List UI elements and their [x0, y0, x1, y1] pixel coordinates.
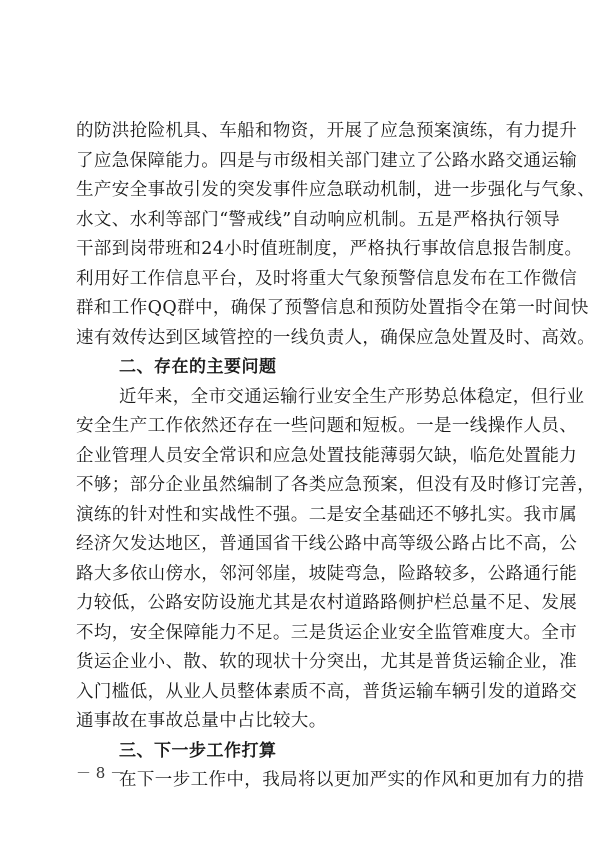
page-number: － 8 －: [76, 762, 125, 783]
text-line: 企业管理人员安全常识和应急处置技能薄弱欠缺，临危处置能力: [76, 442, 528, 472]
paragraph-first-line: 近年来，全市交通运输行业安全生产形势总体稳定，但行业: [76, 383, 528, 413]
text-line: 路大多依山傍水，邻河邻崖，坡陡弯急，险路较多，公路通行能: [76, 560, 528, 590]
text-line: 演练的针对性和实战性不强。二是安全基础还不够扎实。我市属: [76, 501, 528, 531]
document-page: 的防洪抢险机具、车船和物资，开展了应急预案演练，有力提升 了应急保障能力。四是与…: [76, 117, 528, 796]
section-heading-next-steps: 三、下一步工作打算: [76, 737, 528, 767]
text-line: 不均，安全保障能力不足。三是货运企业安全监管难度大。全市: [76, 619, 528, 649]
text-line: 群和工作QQ群中，确保了预警信息和预防处置指令在第一时间快: [76, 294, 528, 324]
text-line: 不够；部分企业虽然编制了各类应急预案，但没有及时修订完善，: [76, 471, 528, 501]
text-line: 利用好工作信息平台，及时将重大气象预警信息发布在工作微信: [76, 265, 528, 295]
text-line: 水文、水利等部门“警戒线”自动响应机制。五是严格执行领导: [76, 206, 528, 236]
text-line: 干部到岗带班和24小时值班制度，严格执行事故信息报告制度。: [76, 235, 528, 265]
text-line: 入门槛低，从业人员整体素质不高，普货运输车辆引发的道路交: [76, 678, 528, 708]
text-line: 生产安全事故引发的突发事件应急联动机制，进一步强化与气象、: [76, 176, 528, 206]
section-heading-problems: 二、存在的主要问题: [76, 353, 528, 383]
text-line: 了应急保障能力。四是与市级相关部门建立了公路水路交通运输: [76, 147, 528, 177]
text-line: 的防洪抢险机具、车船和物资，开展了应急预案演练，有力提升: [76, 117, 528, 147]
text-line: 通事故在事故总量中占比较大。: [76, 707, 528, 737]
text-line: 安全生产工作依然还存在一些问题和短板。一是一线操作人员、: [76, 412, 528, 442]
text-line: 经济欠发达地区，普通国省干线公路中高等级公路占比不高，公: [76, 530, 528, 560]
text-line: 速有效传达到区域管控的一线负责人，确保应急处置及时、高效。: [76, 324, 528, 354]
paragraph-first-line: 在下一步工作中，我局将以更加严实的作风和更加有力的措: [76, 766, 528, 796]
text-line: 货运企业小、散、软的现状十分突出，尤其是普货运输企业，准: [76, 648, 528, 678]
text-line: 力较低，公路安防设施尤其是农村道路路侧护栏总量不足、发展: [76, 589, 528, 619]
